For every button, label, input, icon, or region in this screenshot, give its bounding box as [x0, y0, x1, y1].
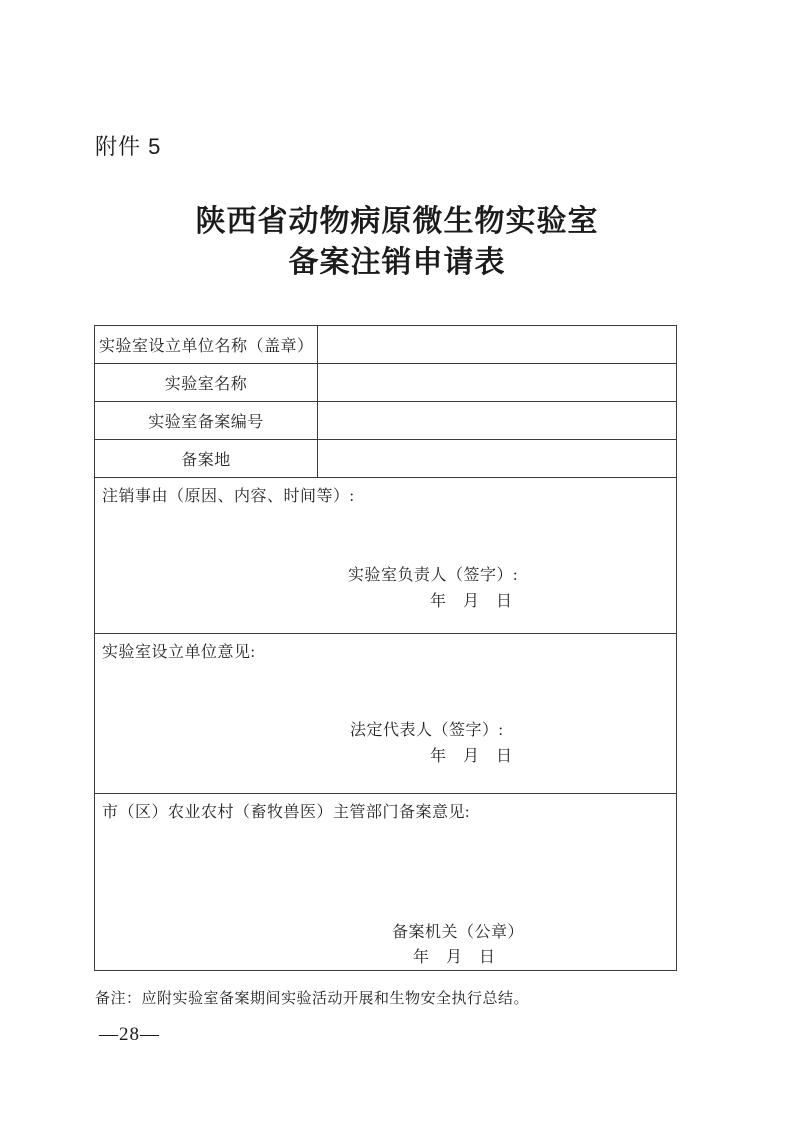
- authority-filing-opinion-section[interactable]: 市（区）农业农村（畜牧兽医）主管部门备案意见: 备案机关（公章） 年 月 日: [95, 794, 677, 971]
- lab-director-signature-label: 实验室负责人（签字）:: [348, 562, 518, 585]
- unit-name-input-cell[interactable]: [318, 326, 677, 364]
- establishing-unit-opinion-heading: 实验室设立单位意见:: [102, 639, 255, 662]
- filing-place-label: 备案地: [95, 440, 318, 478]
- authority-filing-opinion-heading: 市（区）农业农村（畜牧兽医）主管部门备案意见:: [102, 799, 470, 822]
- cancellation-reason-heading: 注销事由（原因、内容、时间等）:: [102, 483, 354, 506]
- document-page: 附件 5 陕西省动物病原微生物实验室 备案注销申请表 实验室设立单位名称（盖章）…: [0, 0, 794, 1123]
- unit-name-label: 实验室设立单位名称（盖章）: [95, 326, 318, 364]
- table-row: 实验室设立单位意见: 法定代表人（签字）: 年 月 日: [95, 634, 677, 794]
- legal-representative-signature-label: 法定代表人（签字）:: [350, 717, 503, 740]
- footer-note: 备注：应附实验室备案期间实验活动开展和生物安全执行总结。: [95, 987, 529, 1008]
- table-row: 实验室名称: [95, 364, 677, 402]
- filing-authority-seal-label: 备案机关（公章）: [392, 919, 524, 942]
- cancellation-reason-section[interactable]: 注销事由（原因、内容、时间等）: 实验室负责人（签字）: 年 月 日: [95, 478, 677, 634]
- filing-number-input-cell[interactable]: [318, 402, 677, 440]
- date-line: 年 月 日: [430, 743, 513, 766]
- form-title-line-2: 备案注销申请表: [0, 242, 794, 283]
- form-title: 陕西省动物病原微生物实验室 备案注销申请表: [0, 201, 794, 283]
- page-number: —28—: [99, 1024, 160, 1046]
- date-line: 年 月 日: [413, 944, 496, 967]
- application-form-table: 实验室设立单位名称（盖章） 实验室名称 实验室备案编号 备案地 注销事由（原因、…: [94, 325, 677, 971]
- lab-name-input-cell[interactable]: [318, 364, 677, 402]
- table-row: 实验室设立单位名称（盖章）: [95, 326, 677, 364]
- filing-place-input-cell[interactable]: [318, 440, 677, 478]
- table-row: 市（区）农业农村（畜牧兽医）主管部门备案意见: 备案机关（公章） 年 月 日: [95, 794, 677, 971]
- table-row: 实验室备案编号: [95, 402, 677, 440]
- table-row: 注销事由（原因、内容、时间等）: 实验室负责人（签字）: 年 月 日: [95, 478, 677, 634]
- table-row: 备案地: [95, 440, 677, 478]
- lab-name-label: 实验室名称: [95, 364, 318, 402]
- date-line: 年 月 日: [430, 588, 513, 611]
- form-title-line-1: 陕西省动物病原微生物实验室: [0, 201, 794, 242]
- attachment-label: 附件 5: [95, 130, 161, 161]
- filing-number-label: 实验室备案编号: [95, 402, 318, 440]
- establishing-unit-opinion-section[interactable]: 实验室设立单位意见: 法定代表人（签字）: 年 月 日: [95, 634, 677, 794]
